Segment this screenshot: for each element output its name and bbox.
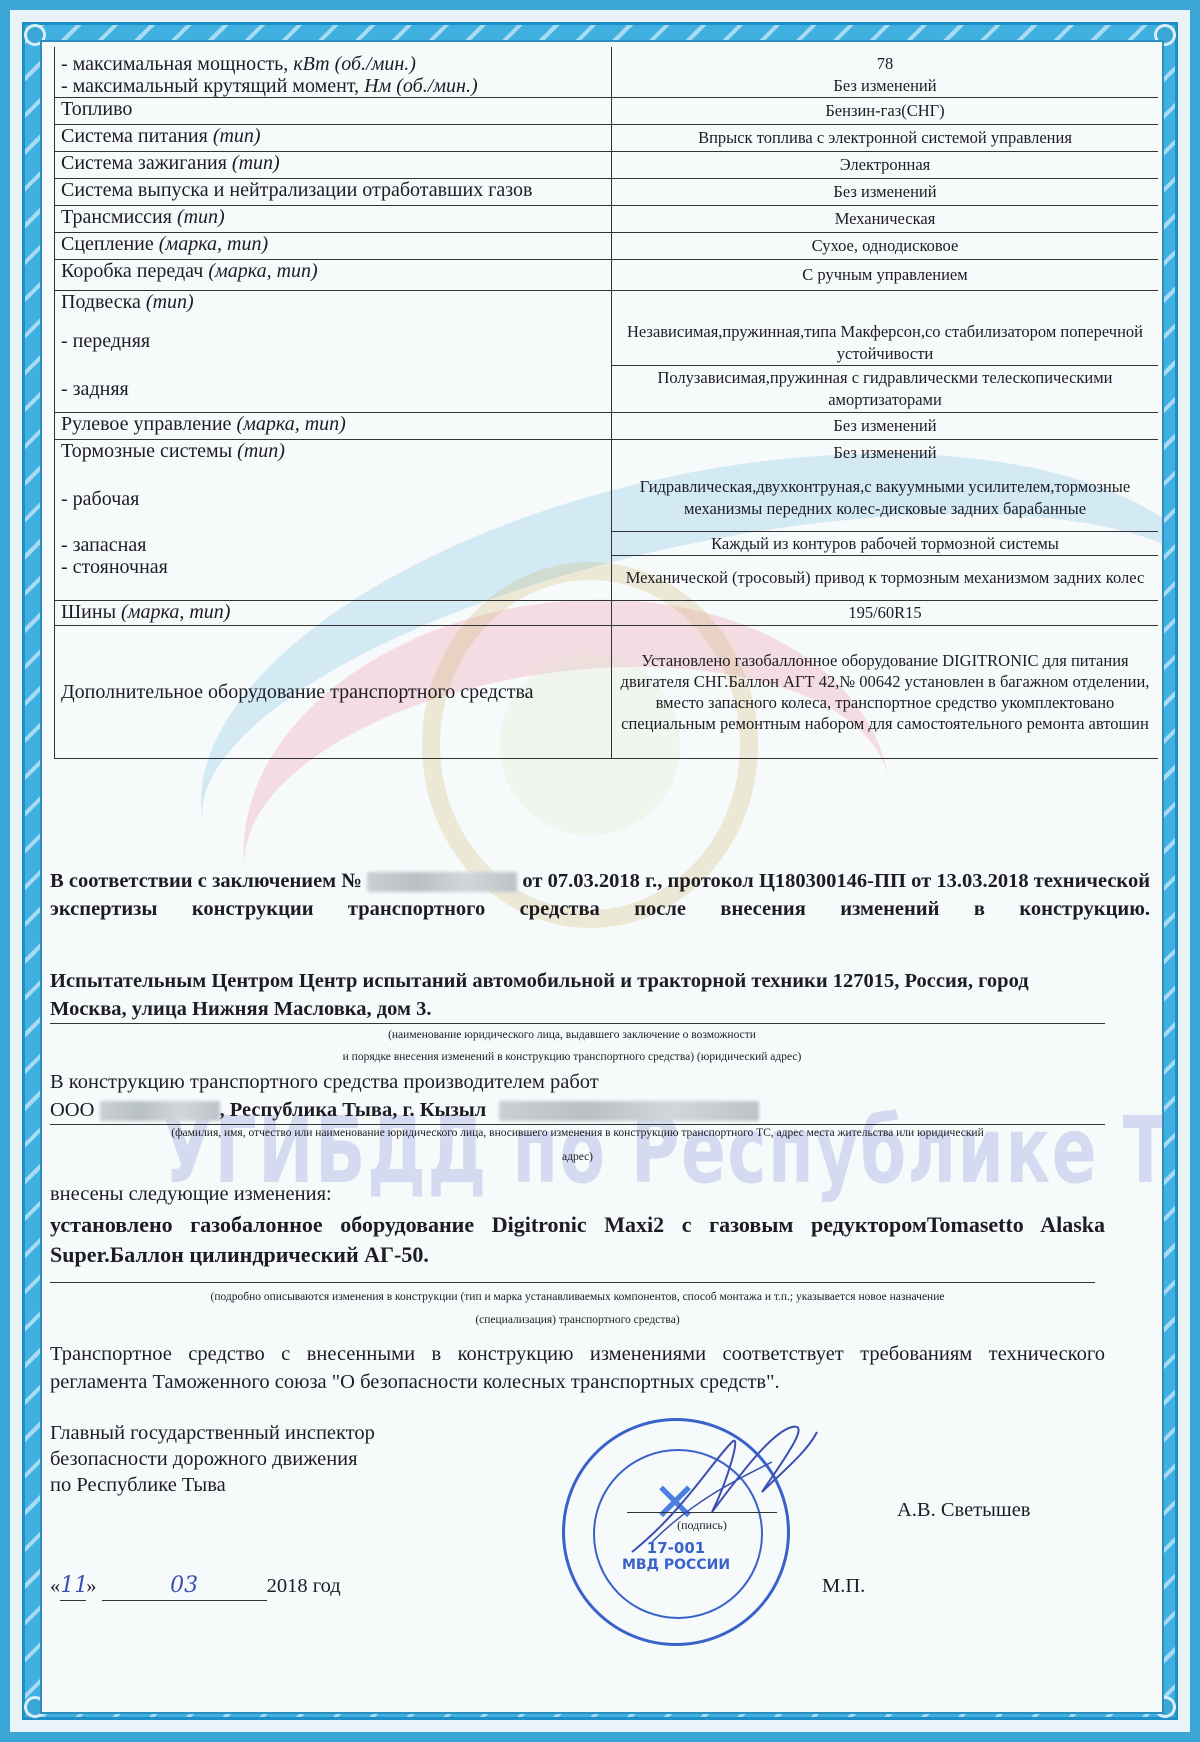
- table-row-brakes-parking: - стояночная Механической (тросовый) при…: [55, 556, 1159, 601]
- redacted-number: [367, 872, 517, 892]
- table-row-suspension: Подвеска (тип): [55, 291, 1159, 318]
- table-row: Система зажигания (тип)Электронная: [55, 152, 1159, 179]
- row-label: Коробка передач (марка, тип): [55, 260, 612, 291]
- caption-producer-1: (фамилия, имя, отчество или наименование…: [50, 1126, 1105, 1140]
- steering-value: Без изменений: [612, 412, 1159, 439]
- caption-changes-1: (подробно описываются изменения в констр…: [50, 1290, 1105, 1304]
- row-value: Сухое, однодисковое: [612, 233, 1159, 260]
- changes-intro: внесены следующие изменения:: [50, 1180, 1150, 1208]
- suspension-front-value: Независимая,пружинная,типа Макферсон,со …: [612, 317, 1159, 366]
- spec-table: - максимальная мощность, кВт (об./мин.)7…: [54, 47, 1158, 759]
- table-row: Коробка передач (марка, тип)С ручным упр…: [55, 260, 1159, 291]
- table-row-tires: Шины (марка, тип) 195/60R15: [55, 600, 1159, 625]
- brakes-spare-value: Каждый из контуров рабочей тормозной сис…: [612, 532, 1159, 556]
- testing-center: Испытательным Центром Центр испытаний ав…: [50, 967, 1150, 1024]
- certificate-page: УГИБДД по Республике Тыва - максимальная…: [40, 40, 1164, 1714]
- row-value: Без изменений: [612, 179, 1159, 206]
- caption-conclusion-1: (наименование юридического лица, выдавше…: [192, 1028, 952, 1042]
- row-label: Система зажигания (тип): [55, 152, 612, 179]
- caption-conclusion-2: и порядке внесения изменений в конструкц…: [192, 1050, 952, 1064]
- row-label: Система выпуска и нейтрализации отработа…: [55, 179, 612, 206]
- table-row: - максимальный крутящий момент, Нм (об./…: [55, 75, 1159, 98]
- extra-equipment-value: Установлено газобаллонное оборудование D…: [612, 625, 1159, 758]
- inspector-name: А.В. Светышев: [897, 1496, 1097, 1524]
- caption-changes-2: (специализация) транспортного средства): [50, 1313, 1105, 1327]
- row-value: 78: [612, 47, 1159, 75]
- table-row-brakes-service: - рабочая Гидравлическая,двухконтруная,с…: [55, 466, 1159, 532]
- tires-value: 195/60R15: [612, 600, 1159, 625]
- table-row-brakes-spare: - запасная Каждый из контуров рабочей то…: [55, 532, 1159, 556]
- table-row-steering: Рулевое управление (марка, тип) Без изме…: [55, 412, 1159, 439]
- brakes-parking-value: Механической (тросовый) привод к тормозн…: [612, 556, 1159, 601]
- row-value: Бензин-газ(СНГ): [612, 98, 1159, 125]
- signature-caption: (подпись): [662, 1518, 742, 1532]
- table-row-suspension-front: - передняя Независимая,пружинная,типа Ма…: [55, 317, 1159, 366]
- seal-place-label: М.П.: [822, 1572, 902, 1600]
- redacted-org-name: [100, 1101, 220, 1121]
- table-row: - максимальная мощность, кВт (об./мин.)7…: [55, 47, 1159, 75]
- table-row: Трансмиссия (тип)Механическая: [55, 206, 1159, 233]
- table-row: Сцепление (марка, тип)Сухое, однодисково…: [55, 233, 1159, 260]
- redacted-address: [499, 1101, 759, 1121]
- table-row: Система выпуска и нейтрализации отработа…: [55, 179, 1159, 206]
- brakes-value: Без изменений: [612, 439, 1159, 466]
- producer-intro: В конструкцию транспортного средства про…: [50, 1068, 1150, 1096]
- compliance-statement: Транспортное средство с внесенными в кон…: [50, 1340, 1105, 1396]
- producer-line: ООО , Республика Тыва, г. Кызыл: [50, 1096, 1105, 1125]
- row-label: Трансмиссия (тип): [55, 206, 612, 233]
- table-row: Топливо Бензин-газ(СНГ): [55, 98, 1159, 125]
- row-value: Электронная: [612, 152, 1159, 179]
- signatory-title: Главный государственный инспектор безопа…: [50, 1420, 450, 1498]
- changes-text: установлено газобалонное оборудование Di…: [50, 1210, 1105, 1270]
- row-value: Механическая: [612, 206, 1159, 233]
- table-row-extra-equipment: Дополнительное оборудование транспортног…: [55, 625, 1159, 758]
- row-label: - максимальная мощность, кВт (об./мин.): [55, 47, 612, 75]
- table-row-brakes: Тормозные системы (тип) Без изменений: [55, 439, 1159, 466]
- row-value: С ручным управлением: [612, 260, 1159, 291]
- row-value: Впрыск топлива с электронной системой уп…: [612, 125, 1159, 152]
- row-value: Без изменений: [612, 75, 1159, 98]
- changes-rule: [50, 1282, 1095, 1283]
- row-label: Сцепление (марка, тип): [55, 233, 612, 260]
- suspension-rear-value: Полузависимая,пружинная с гидравлическми…: [612, 366, 1159, 413]
- row-label: Топливо: [55, 98, 612, 125]
- issue-date: «11» 032018 год: [50, 1572, 450, 1601]
- brakes-service-value: Гидравлическая,двухконтруная,с вакуумным…: [612, 466, 1159, 532]
- handwritten-signature-icon: [622, 1422, 822, 1562]
- row-label: Система питания (тип): [55, 125, 612, 152]
- table-row: Система питания (тип)Впрыск топлива с эл…: [55, 125, 1159, 152]
- caption-producer-2: адрес): [50, 1150, 1105, 1164]
- table-row-suspension-rear: - задняя Полузависимая,пружинная с гидра…: [55, 366, 1159, 413]
- conclusion-paragraph: В соответствии с заключением № от 07.03.…: [50, 867, 1150, 923]
- row-label: - максимальный крутящий момент, Нм (об./…: [55, 75, 612, 98]
